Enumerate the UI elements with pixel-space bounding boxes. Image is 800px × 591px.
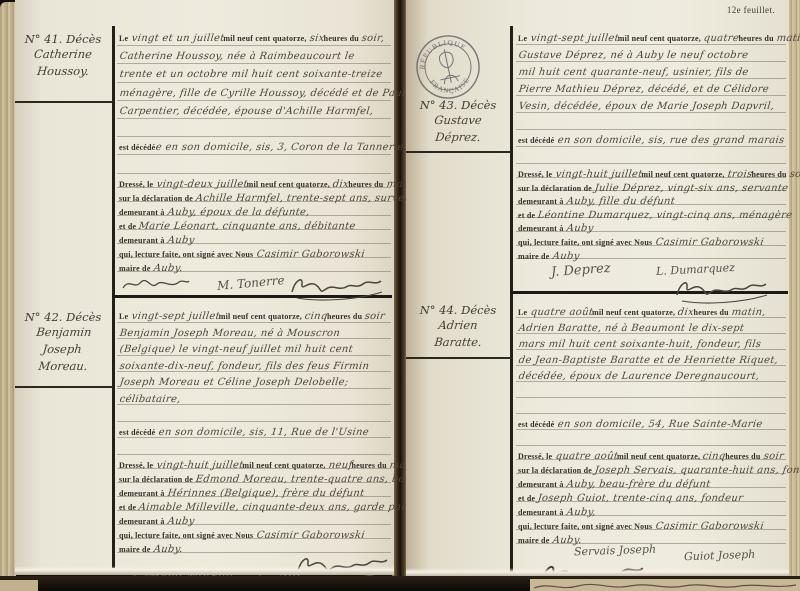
register-line: trente et un octobre mil huit cent soixa…	[117, 64, 391, 82]
right-page: 12e feuillet. RÉPUBLIQUE FRANÇAISE	[406, 0, 789, 577]
register-line: demeurant à Auby, beau-frère du défunt	[516, 474, 786, 488]
register-line	[117, 405, 391, 422]
act-41-closing: Dressé, le vingt-deux juillet mil neuf c…	[117, 174, 391, 272]
register-line: mil huit cent quarante-neuf, usinier, fi…	[516, 62, 786, 79]
handwritten-text: Hérinnes (Belgique), frère du défunt	[167, 488, 365, 499]
handwritten-text: Auby,	[566, 507, 596, 518]
register-line: Le vingt-sept juillet mil neuf cent quat…	[117, 306, 391, 323]
handwritten-text: vingt et un juillet	[131, 33, 225, 44]
margin-separator	[406, 357, 511, 359]
page-edge-fragment	[0, 580, 38, 591]
act-41-margin: N° 41. Décès Catherine Houssoy.	[15, 32, 111, 80]
act-43-closing: Dressé, le vingt-huit juillet mil neuf c…	[516, 164, 786, 259]
handwritten-text: Gustave Déprez, né à Auby le neuf octobr…	[518, 50, 749, 61]
printed-form-text: mil neuf cent quatorze,	[592, 308, 677, 317]
register-line	[117, 155, 391, 173]
handwritten-text: neuf	[328, 460, 353, 471]
handwritten-text: matin,	[731, 307, 766, 318]
handwritten-text: Joseph Guiot, trente-cinq ans, fondeur	[537, 493, 744, 504]
handwritten-text: soir	[763, 451, 785, 462]
printed-form-text: mil neuf cent quatorze,	[618, 34, 703, 43]
act-number: N° 42. Décès	[15, 310, 111, 324]
act-44-body: Le quatre août mil neuf cent quatorze, d…	[516, 302, 786, 446]
printed-form-text: Le	[119, 312, 131, 321]
handwritten-text: soir	[364, 311, 386, 322]
margin-separator	[406, 151, 511, 153]
underlying-page-edge	[530, 579, 800, 591]
printed-form-text: Le	[119, 34, 131, 43]
register-line: de Jean-Baptiste Baratte et de Henriette…	[516, 350, 786, 366]
margin-separator	[15, 101, 113, 103]
register-line: Dressé, le vingt-huit juillet mil neuf c…	[117, 455, 391, 469]
deceased-name: Baratte.	[407, 334, 509, 351]
deceased-name: Benjamin Joseph	[13, 324, 113, 358]
register-line: Pierre Mathieu Déprez, décédé, et de Cél…	[516, 79, 786, 96]
register-line: (Belgique) le vingt-neuf juillet mil hui…	[117, 339, 391, 356]
mayor-signature-flourish	[674, 275, 770, 305]
handwritten-text: décédée, époux de Laurence Deregnaucourt…	[518, 371, 760, 382]
handwritten-text: quatre août	[530, 307, 594, 318]
register-line: Benjamin Joseph Moreau, né à Mouscron	[117, 323, 391, 340]
handwritten-text: Edmond Moreau, trente-quatre ans, bouche…	[195, 474, 436, 485]
handwritten-text: Joseph Moreau et Céline Joseph Delobelle…	[119, 377, 349, 388]
act-number: N° 41. Décès	[15, 32, 111, 46]
printed-form-text: mil neuf cent quatorze,	[219, 312, 304, 321]
handwritten-text: en son domicile, sis, rue des grand mara…	[557, 135, 785, 146]
register-line: Le quatre août mil neuf cent quatorze, d…	[516, 302, 786, 318]
act-42: Le vingt-sept juillet mil neuf cent quat…	[117, 306, 391, 591]
register-line: est décédé en son domicile, sis, 11, Rue…	[117, 422, 391, 439]
register-line: qui, lecture faite, ont signé avec Nous …	[516, 232, 786, 246]
printed-form-text: Le	[518, 308, 530, 317]
handwritten-text: Auby, fille du défunt	[566, 196, 676, 207]
handwritten-text: soixante-dix-neuf, fondeur, fils des feu…	[119, 361, 370, 372]
register-line: est décédé en son domicile, 54, Rue Sain…	[516, 414, 786, 430]
handwritten-text: Adrien Baratte, né à Beaumont le dix-sep…	[518, 323, 745, 334]
register-line	[516, 382, 786, 398]
handwritten-text: Auby	[566, 223, 594, 234]
handwritten-text: (Belgique) le vingt-neuf juillet mil hui…	[119, 344, 354, 355]
republique-francaise-stamp: RÉPUBLIQUE FRANÇAISE	[408, 27, 489, 108]
handwritten-text: quatre août	[555, 451, 619, 462]
handwritten-text: Aimable Milleville, cinquante-deux ans, …	[138, 502, 446, 513]
printed-form-text: Le	[518, 34, 530, 43]
register-line	[516, 147, 786, 164]
handwritten-text: vingt-huit juillet	[156, 460, 244, 471]
margin-rule	[510, 26, 513, 572]
edge-writing-scribble	[530, 580, 800, 591]
handwritten-text: trois	[727, 169, 753, 180]
handwritten-text: quatre	[703, 33, 740, 44]
act-43: Le vingt-sept juillet mil neuf cent quat…	[516, 28, 786, 297]
handwritten-text: Catherine Houssoy, née à Raimbeaucourt l…	[119, 51, 355, 62]
register-line: qui, lecture faite, ont signé avec Nous …	[117, 525, 391, 539]
register-line: qui, lecture faite, ont signé avec Nous …	[117, 244, 391, 258]
register-line: Joseph Moreau et Céline Joseph Delobelle…	[117, 372, 391, 389]
handwritten-text: dix	[332, 179, 349, 190]
mayor-signature-flourish	[289, 272, 385, 302]
handwritten-text: Auby	[167, 235, 195, 246]
folio-label: 12e feuillet.	[727, 5, 775, 15]
register-line: Dressé, le vingt-deux juillet mil neuf c…	[117, 174, 391, 188]
left-page: N° 41. Décès Catherine Houssoy. N° 42. D…	[15, 0, 394, 575]
handwritten-text: en son domicile, sis, 11, Rue de l'Usine	[158, 427, 370, 438]
deceased-name: Catherine	[14, 46, 112, 63]
deceased-name: Déprez.	[407, 129, 509, 146]
printed-form-text: est décédé	[518, 420, 557, 429]
handwritten-text: cinq	[304, 311, 328, 322]
act-42-body: Le vingt-sept juillet mil neuf cent quat…	[117, 306, 391, 455]
book-left-edge	[0, 2, 16, 580]
act-42-margin: N° 42. Décès Benjamin Joseph Moreau.	[15, 310, 111, 375]
deceased-name: Adrien	[407, 317, 509, 334]
printed-form-text: est décédé	[119, 428, 158, 437]
handwritten-text: Auby	[167, 516, 195, 527]
handwritten-text: Auby, beau-frère du défunt	[566, 479, 711, 490]
register-line: et de Joseph Guiot, trente-cinq ans, fon…	[516, 488, 786, 502]
handwritten-text: en son domicile, 54, Rue Sainte-Marie	[557, 419, 763, 430]
register-line: Adrien Baratte, né à Beaumont le dix-sep…	[516, 318, 786, 334]
register-line: Le vingt-sept juillet mil neuf cent quat…	[516, 28, 786, 45]
printed-form-text: heures du	[327, 312, 364, 321]
handwritten-text: vingt-sept juillet	[131, 311, 221, 322]
printed-form-text: heures du	[324, 34, 361, 43]
register-line: Dressé, le vingt-huit juillet mil neuf c…	[516, 164, 786, 178]
handwritten-text: mars mil huit cent soixante-huit, fondeu…	[518, 339, 762, 350]
register-line: décédée, époux de Laurence Deregnaucourt…	[516, 366, 786, 382]
handwritten-text: dix	[677, 307, 694, 318]
handwritten-text: Casimir Gaborowski	[256, 249, 365, 260]
register-line: demeurant à Auby,	[516, 502, 786, 516]
act-41: Le vingt et un juillet mil neuf cent qua…	[117, 28, 391, 310]
register-line	[516, 113, 786, 130]
register-book-scan: N° 41. Décès Catherine Houssoy. N° 42. D…	[0, 0, 800, 591]
witness-signature: Guiot Joseph	[684, 548, 756, 563]
printed-form-text: est décédé	[119, 143, 155, 152]
handwritten-text: Achille Harmfel, trente-sept ans, survei…	[195, 193, 436, 204]
witness-signature: M. Tonerre	[217, 273, 286, 293]
handwritten-text: Léontine Dumarquez, vingt-cinq ans, ména…	[537, 210, 793, 221]
register-line: qui, lecture faite, ont signé avec Nous …	[516, 516, 786, 530]
handwritten-text: vingt-deux juillet	[156, 179, 248, 190]
register-line: est décédé en son domicile, sis, rue des…	[516, 130, 786, 147]
register-line	[516, 398, 786, 414]
printed-form-text: heures du	[739, 34, 776, 43]
register-line	[117, 119, 391, 137]
witness-signature: Servais Joseph	[574, 543, 656, 559]
handwritten-text: soir,	[361, 33, 385, 44]
handwritten-text: Marie Léonart, cinquante ans, débitante	[138, 221, 356, 232]
book-right-edge	[789, 0, 800, 583]
deceased-name: Moreau.	[14, 358, 112, 375]
act-42-closing: Dressé, le vingt-huit juillet mil neuf c…	[117, 455, 391, 553]
handwritten-text: matin,	[776, 33, 800, 44]
register-line: Catherine Houssoy, née à Raimbeaucourt l…	[117, 46, 391, 64]
register-line: Le vingt et un juillet mil neuf cent qua…	[117, 28, 391, 46]
printed-form-text: heures du	[694, 308, 731, 317]
act-44-margin: N° 44. Décès Adrien Baratte.	[408, 303, 508, 351]
stamp-text-top: RÉPUBLIQUE	[413, 35, 470, 72]
handwritten-text: cinq	[702, 451, 726, 462]
printed-form-text: est décédé	[518, 136, 557, 145]
act-41-body: Le vingt et un juillet mil neuf cent qua…	[117, 28, 391, 174]
handwritten-text: Joseph Servais, quarante-huit ans, fonde…	[594, 465, 800, 476]
witness-signature: J. Deprez	[551, 261, 612, 280]
handwritten-text: e en son domicile, sis, 3, Coron de la T…	[155, 142, 408, 153]
handwritten-text: vingt-huit juillet	[555, 169, 643, 180]
handwritten-text: six	[309, 33, 325, 44]
margin-separator	[15, 386, 113, 388]
register-line: Dressé, le quatre août mil neuf cent qua…	[516, 446, 786, 460]
svg-text:RÉPUBLIQUE: RÉPUBLIQUE	[413, 35, 470, 72]
register-line: sur la déclaration de Joseph Servais, qu…	[516, 460, 786, 474]
register-line: soixante-dix-neuf, fondeur, fils des feu…	[117, 356, 391, 373]
printed-form-text: mil neuf cent quatorze,	[223, 34, 308, 43]
register-line: célibataire,	[117, 389, 391, 406]
register-line: mars mil huit cent soixante-huit, fondeu…	[516, 334, 786, 350]
handwritten-text: de Jean-Baptiste Baratte et de Henriette…	[518, 355, 779, 366]
act-number: N° 43. Décès	[408, 98, 508, 112]
handwritten-text: trente et un octobre mil huit cent soixa…	[119, 69, 383, 80]
act-44-closing: Dressé, le quatre août mil neuf cent qua…	[516, 446, 786, 544]
handwritten-text: Vesin, décédée, époux de Marie Joseph Da…	[518, 101, 775, 112]
register-line	[117, 438, 391, 455]
stamp-figure	[434, 47, 461, 84]
deceased-name: Houssoy.	[14, 63, 112, 80]
handwritten-text: soir	[789, 169, 800, 180]
handwritten-text: vingt-sept juillet	[530, 33, 620, 44]
register-line: ménagère, fille de Cyrille Houssoy, décé…	[117, 83, 391, 101]
register-line: est décédée en son domicile, sis, 3, Cor…	[117, 137, 391, 155]
act-41-signatures: M. Tonerre	[117, 272, 391, 310]
register-line: Vesin, décédée, époux de Marie Joseph Da…	[516, 96, 786, 113]
handwritten-text: célibataire,	[119, 394, 181, 405]
handwritten-text: Carpentier, décédée, épouse d'Achille Ha…	[119, 106, 374, 117]
register-line	[516, 430, 786, 446]
handwritten-text: mil huit cent quarante-neuf, usinier, fi…	[518, 67, 749, 78]
deceased-name: Gustave	[407, 112, 509, 129]
signature-scribble	[121, 274, 191, 294]
act-44: Le quatre août mil neuf cent quatorze, d…	[516, 302, 786, 586]
handwritten-text: Auby, époux de la défunte,	[167, 207, 310, 218]
handwritten-text: Benjamin Joseph Moreau, né à Mouscron	[119, 328, 341, 339]
register-line: Gustave Déprez, né à Auby le neuf octobr…	[516, 45, 786, 62]
act-number: N° 44. Décès	[408, 303, 508, 317]
handwritten-text: Pierre Mathieu Déprez, décédé, et de Cél…	[518, 84, 770, 95]
handwritten-text: Casimir Gaborowski	[256, 530, 365, 541]
handwritten-text: Julie Déprez, vingt-six ans, servante	[594, 183, 789, 194]
act-43-body: Le vingt-sept juillet mil neuf cent quat…	[516, 28, 786, 164]
handwritten-text: Casimir Gaborowski	[655, 521, 764, 532]
act-43-margin: N° 43. Décès Gustave Déprez.	[408, 98, 508, 146]
handwritten-text: Casimir Gaborowski	[655, 237, 764, 248]
act-43-signatures: J. Deprez L. Dumarquez	[516, 259, 786, 297]
handwritten-text: ménagère, fille de Cyrille Houssoy, décé…	[119, 88, 423, 99]
register-line: Carpentier, décédée, épouse d'Achille Ha…	[117, 101, 391, 119]
